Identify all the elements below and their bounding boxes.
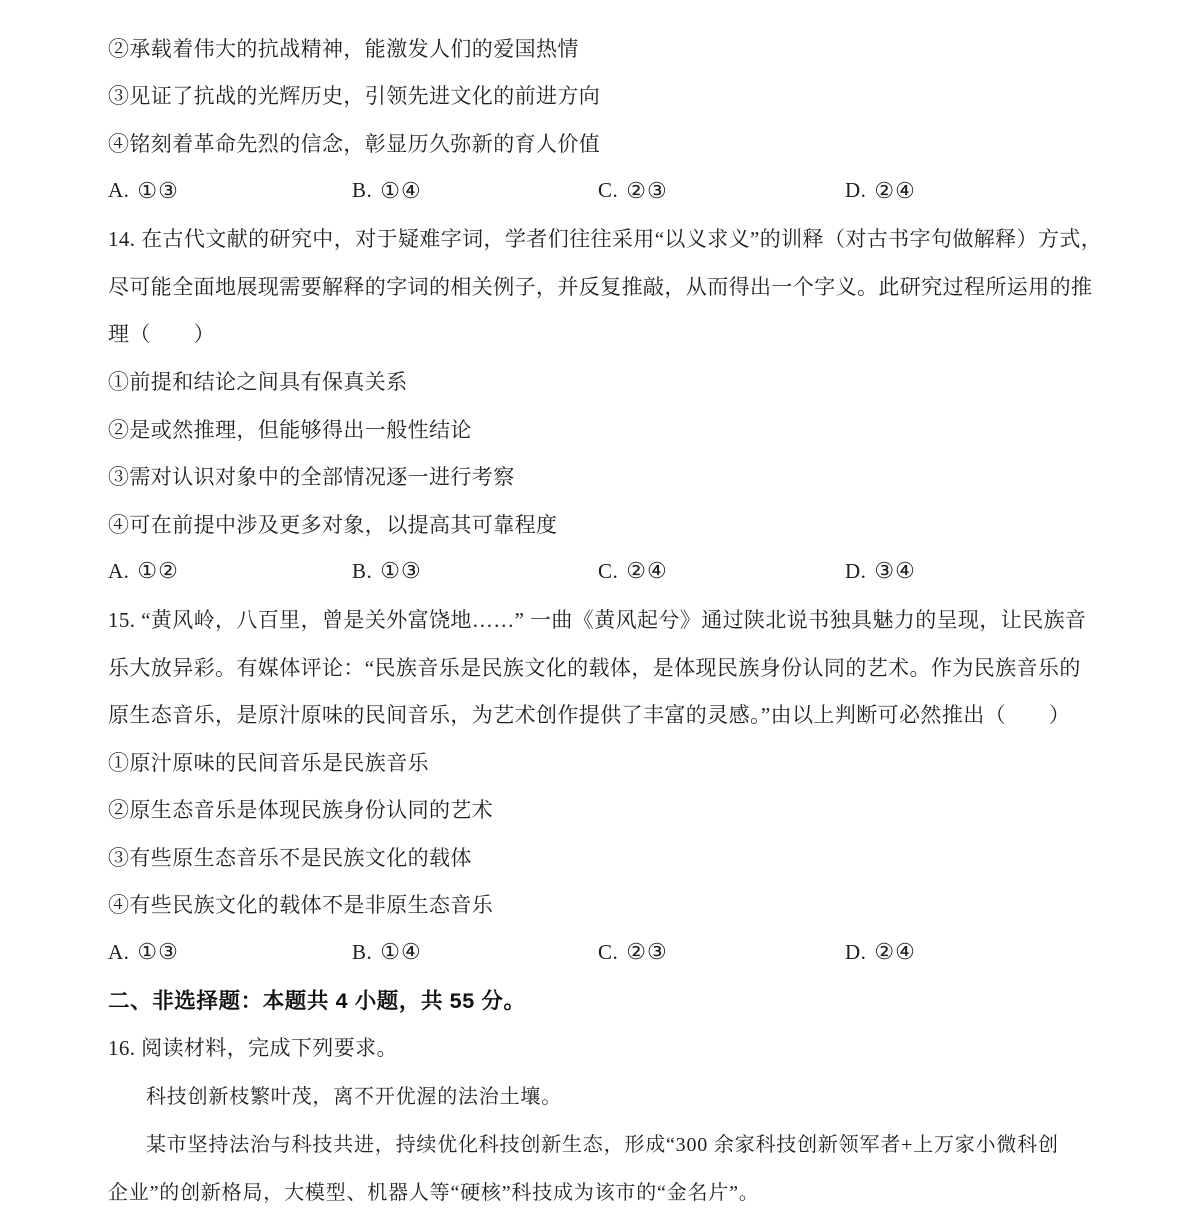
option-value: ①③	[137, 939, 178, 965]
option-label: C.	[598, 559, 618, 584]
option-b: B. ①③	[352, 558, 598, 584]
option-value: ①③	[137, 178, 178, 204]
option-a: A. ①③	[108, 939, 352, 965]
option-d: D. ②④	[845, 178, 1109, 204]
option-value: ①②	[137, 558, 178, 584]
option-c: C. ②③	[598, 178, 845, 204]
question-item: ②是或然推理，但能够得出一般性结论	[108, 405, 1109, 453]
material-line: 企业”的创新格局，大模型、机器人等“硬核”科技成为该市的“金名片”。	[108, 1166, 1109, 1214]
stem-line: 原生态音乐，是原汁原味的民间音乐，为艺术创作提供了丰富的灵感。”由以上判断可必然…	[108, 690, 1109, 738]
option-value: ①③	[380, 558, 421, 584]
option-label: D.	[845, 559, 866, 584]
option-label: A.	[108, 559, 129, 584]
option-label: B.	[352, 940, 372, 965]
option-label: B.	[352, 178, 372, 203]
option-label: B.	[352, 559, 372, 584]
stem-line: 尽可能全面地展现需要解释的字词的相关例子，并反复推敲，从而得出一个字义。此研究过…	[108, 262, 1109, 310]
question-item: ③需对认识对象中的全部情况逐一进行考察	[108, 452, 1109, 500]
section-2-heading: 二、非选择题：本题共 4 小题，共 55 分。	[108, 976, 1109, 1024]
question-item: ②原生态音乐是体现民族身份认同的艺术	[108, 786, 1109, 834]
option-value: ②④	[626, 558, 667, 584]
option-value: ②④	[874, 939, 915, 965]
option-d: D. ③④	[845, 558, 1109, 584]
option-value: ①④	[380, 939, 421, 965]
question-15-items: ①原汁原味的民间音乐是民族音乐 ②原生态音乐是体现民族身份认同的艺术 ③有些原生…	[108, 738, 1109, 928]
question-item: ①原汁原味的民间音乐是民族音乐	[108, 738, 1109, 786]
option-value: ③④	[874, 558, 915, 584]
option-label: C.	[598, 178, 618, 203]
option-label: A.	[108, 178, 129, 203]
question-14-items: ①前提和结论之间具有保真关系 ②是或然推理，但能够得出一般性结论 ③需对认识对象…	[108, 357, 1109, 547]
stem-line: 14. 在古代文献的研究中，对于疑难字词，学者们往往采用“以义求义”的训释（对古…	[108, 214, 1109, 262]
option-value: ②③	[626, 178, 667, 204]
question-item: ④可在前提中涉及更多对象，以提高其可靠程度	[108, 500, 1109, 548]
option-d: D. ②④	[845, 939, 1109, 965]
option-c: C. ②④	[598, 558, 845, 584]
option-label: D.	[845, 940, 866, 965]
option-value: ②③	[626, 939, 667, 965]
option-label: A.	[108, 940, 129, 965]
option-b: B. ①④	[352, 939, 598, 965]
question-item: ②承载着伟大的抗战精神，能激发人们的爱国热情	[108, 24, 1109, 72]
option-label: D.	[845, 178, 866, 203]
option-a: A. ①②	[108, 558, 352, 584]
option-c: C. ②③	[598, 939, 845, 965]
question-item: ①前提和结论之间具有保真关系	[108, 357, 1109, 405]
question-item: ③有些原生态音乐不是民族文化的载体	[108, 833, 1109, 881]
question-15-stem: 15. “黄风岭，八百里，曾是关外富饶地……” 一曲《黄风起兮》通过陕北说书独具…	[108, 595, 1109, 738]
question-13-options-row: A. ①③ B. ①④ C. ②③ D. ②④	[108, 167, 1109, 215]
question-16: 16. 阅读材料，完成下列要求。 科技创新枝繁叶茂，离不开优渥的法治土壤。 某市…	[108, 1023, 1109, 1213]
material-line: 科技创新枝繁叶茂，离不开优渥的法治土壤。	[108, 1071, 1109, 1119]
option-a: A. ①③	[108, 178, 352, 204]
question-item: ④有些民族文化的载体不是非原生态音乐	[108, 881, 1109, 929]
option-value: ①④	[380, 178, 421, 204]
exam-paper-page: ②承载着伟大的抗战精神，能激发人们的爱国热情 ③见证了抗战的光辉历史，引领先进文…	[0, 0, 1189, 1218]
question-item: ④铭刻着革命先烈的信念，彰显历久弥新的育人价值	[108, 119, 1109, 167]
option-value: ②④	[874, 178, 915, 204]
question-14-stem: 14. 在古代文献的研究中，对于疑难字词，学者们往往采用“以义求义”的训释（对古…	[108, 214, 1109, 357]
stem-line: 乐大放异彩。有媒体评论：“民族音乐是民族文化的载体，是体现民族身份认同的艺术。作…	[108, 643, 1109, 691]
question-14-options-row: A. ①② B. ①③ C. ②④ D. ③④	[108, 548, 1109, 596]
question-15-options-row: A. ①③ B. ①④ C. ②③ D. ②④	[108, 928, 1109, 976]
option-label: C.	[598, 940, 618, 965]
stem-line: 理（ ）	[108, 310, 1109, 358]
question-item: ③见证了抗战的光辉历史，引领先进文化的前进方向	[108, 72, 1109, 120]
question-16-intro: 16. 阅读材料，完成下列要求。	[108, 1023, 1109, 1071]
question-13-items: ②承载着伟大的抗战精神，能激发人们的爱国热情 ③见证了抗战的光辉历史，引领先进文…	[108, 24, 1109, 167]
option-b: B. ①④	[352, 178, 598, 204]
stem-line: 15. “黄风岭，八百里，曾是关外富饶地……” 一曲《黄风起兮》通过陕北说书独具…	[108, 595, 1109, 643]
material-line: 某市坚持法治与科技共进，持续优化科技创新生态，形成“300 余家科技创新领军者+…	[108, 1119, 1109, 1167]
